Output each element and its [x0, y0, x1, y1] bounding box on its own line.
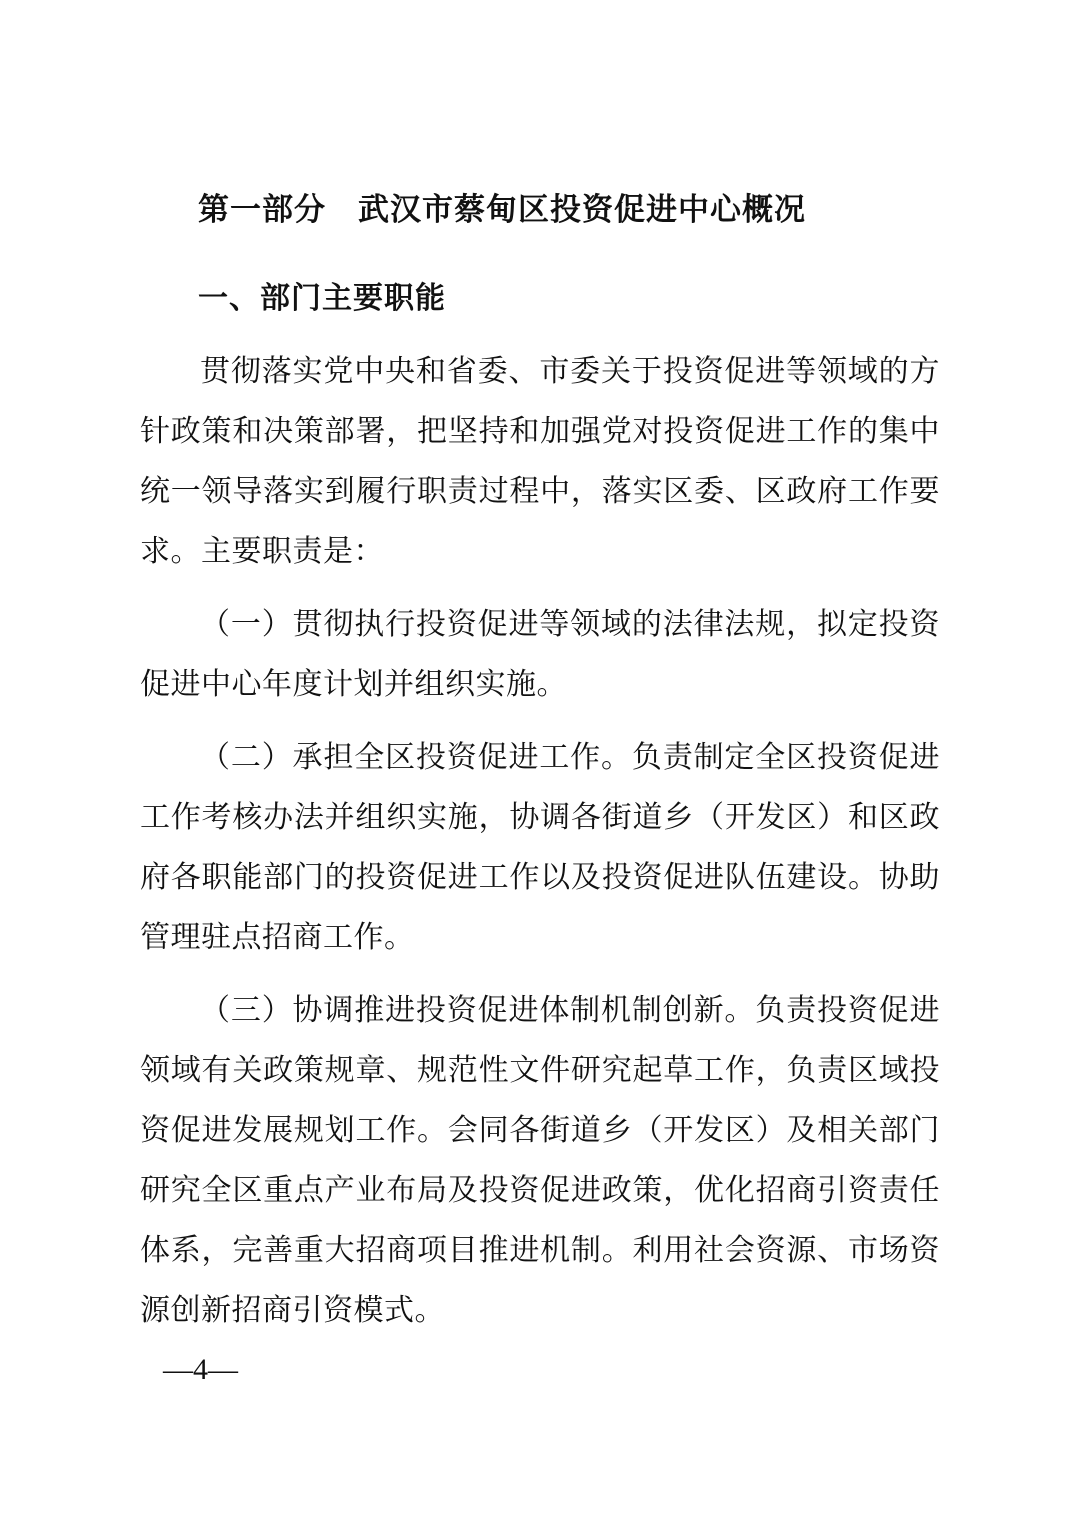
paragraph-item-2: （二）承担全区投资促进工作。负责制定全区投资促进工作考核办法并组织实施，协调各街…	[140, 728, 940, 968]
page-number: —4—	[163, 1352, 238, 1388]
document-page: 第一部分 武汉市蔡甸区投资促进中心概况 一、部门主要职能 贯彻落实党中央和省委、…	[0, 0, 1074, 1520]
paragraph-intro: 贯彻落实党中央和省委、市委关于投资促进等领域的方针政策和决策部署，把坚持和加强党…	[140, 342, 940, 582]
section-heading: 一、部门主要职能	[140, 278, 940, 320]
paragraph-item-1: （一）贯彻执行投资促进等领域的法律法规，拟定投资促进中心年度计划并组织实施。	[140, 595, 940, 715]
paragraph-item-3: （三）协调推进投资促进体制机制创新。负责投资促进领域有关政策规章、规范性文件研究…	[140, 981, 940, 1341]
body-text: 贯彻落实党中央和省委、市委关于投资促进等领域的方针政策和决策部署，把坚持和加强党…	[140, 342, 940, 1341]
doc-title: 第一部分 武汉市蔡甸区投资促进中心概况	[140, 188, 940, 232]
document-content: 第一部分 武汉市蔡甸区投资促进中心概况 一、部门主要职能 贯彻落实党中央和省委、…	[140, 188, 940, 1341]
